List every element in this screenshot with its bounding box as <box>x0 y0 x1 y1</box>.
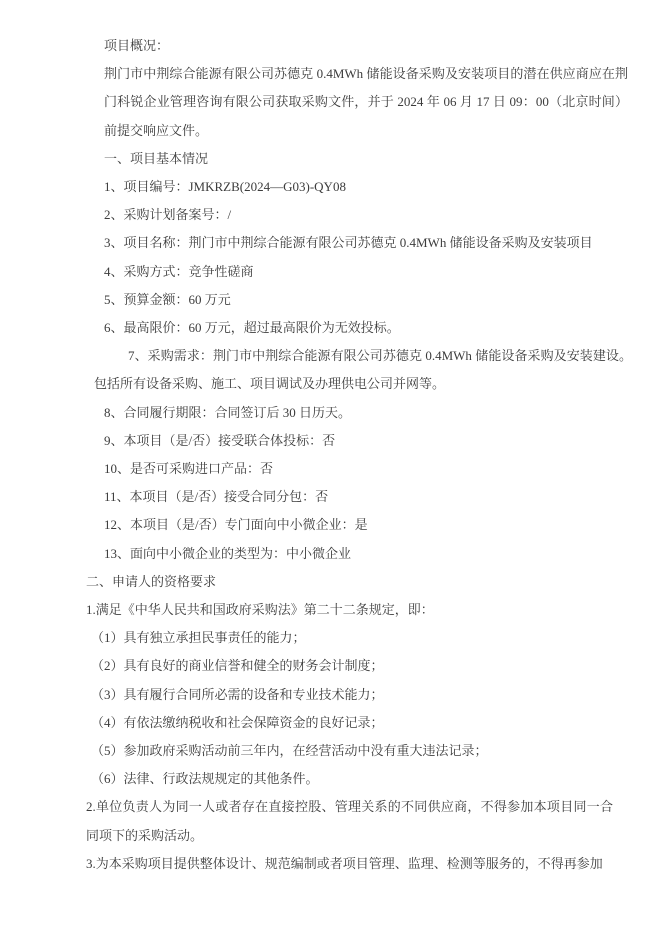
section1-heading: 一、项目基本情况 <box>104 145 628 173</box>
req-design-service-exclusion: 3.为本采购项目提供整体设计、规范编制或者项目管理、监理、检测等服务的，不得再参… <box>86 850 613 878</box>
item-procurement-requirements: 7、采购需求：荆门市中荆综合能源有限公司苏德克 0.4MWh 储能设备采购及安装… <box>94 342 632 398</box>
item-budget-amount: 5、预算金额：60 万元 <box>104 286 628 314</box>
req-civil-liability: （1）具有独立承担民事责任的能力； <box>86 624 613 652</box>
overview-label: 项目概况： <box>104 32 628 60</box>
item-contract-period: 8、合同履行期限：合同签订后 30 日历天。 <box>104 399 628 427</box>
req-law-article22: 1.满足《中华人民共和国政府采购法》第二十二条规定，即： <box>86 596 613 624</box>
qualification-requirements-section: 二、申请人的资格要求 1.满足《中华人民共和国政府采购法》第二十二条规定，即： … <box>86 568 613 878</box>
item-max-price: 6、最高限价：60 万元，超过最高限价为无效投标。 <box>104 314 628 342</box>
req-equipment-capability: （3）具有履行合同所必需的设备和专业技术能力； <box>86 681 613 709</box>
item-subcontracting: 11、本项目（是/否）接受合同分包：否 <box>104 483 628 511</box>
item-project-name: 3、项目名称：荆门市中荆综合能源有限公司苏德克 0.4MWh 储能设备采购及安装… <box>104 229 628 257</box>
item-imported-products: 10、是否可采购进口产品：否 <box>104 455 628 483</box>
req-other-conditions: （6）法律、行政法规规定的其他条件。 <box>86 765 613 793</box>
project-overview-section: 项目概况： 荆门市中荆综合能源有限公司苏德克 0.4MWh 储能设备采购及安装项… <box>104 32 628 568</box>
req-same-legal-person: 2.单位负责人为同一人或者存在直接控股、管理关系的不同供应商，不得参加本项目同一… <box>86 793 613 849</box>
item-sme-type: 13、面向中小微企业的类型为：中小微企业 <box>104 540 628 568</box>
section2-heading: 二、申请人的资格要求 <box>86 568 613 596</box>
item-plan-record-number: 2、采购计划备案号：/ <box>104 201 628 229</box>
item-consortium-bidding: 9、本项目（是/否）接受联合体投标：否 <box>104 427 628 455</box>
req-no-major-violations: （5）参加政府采购活动前三年内，在经营活动中没有重大违法记录； <box>86 737 613 765</box>
req-tax-social-security: （4）有依法缴纳税收和社会保障资金的良好记录； <box>86 709 613 737</box>
item-project-number: 1、项目编号：JMKRZB(2024—G03)-QY08 <box>104 173 628 201</box>
item-procurement-method: 4、采购方式：竞争性磋商 <box>104 258 628 286</box>
req-business-reputation: （2）具有良好的商业信誉和健全的财务会计制度； <box>86 652 613 680</box>
document-page: 项目概况： 荆门市中荆综合能源有限公司苏德克 0.4MWh 储能设备采购及安装项… <box>0 0 668 940</box>
item-sme-oriented: 12、本项目（是/否）专门面向中小微企业：是 <box>104 511 628 539</box>
overview-body: 荆门市中荆综合能源有限公司苏德克 0.4MWh 储能设备采购及安装项目的潜在供应… <box>104 60 628 145</box>
